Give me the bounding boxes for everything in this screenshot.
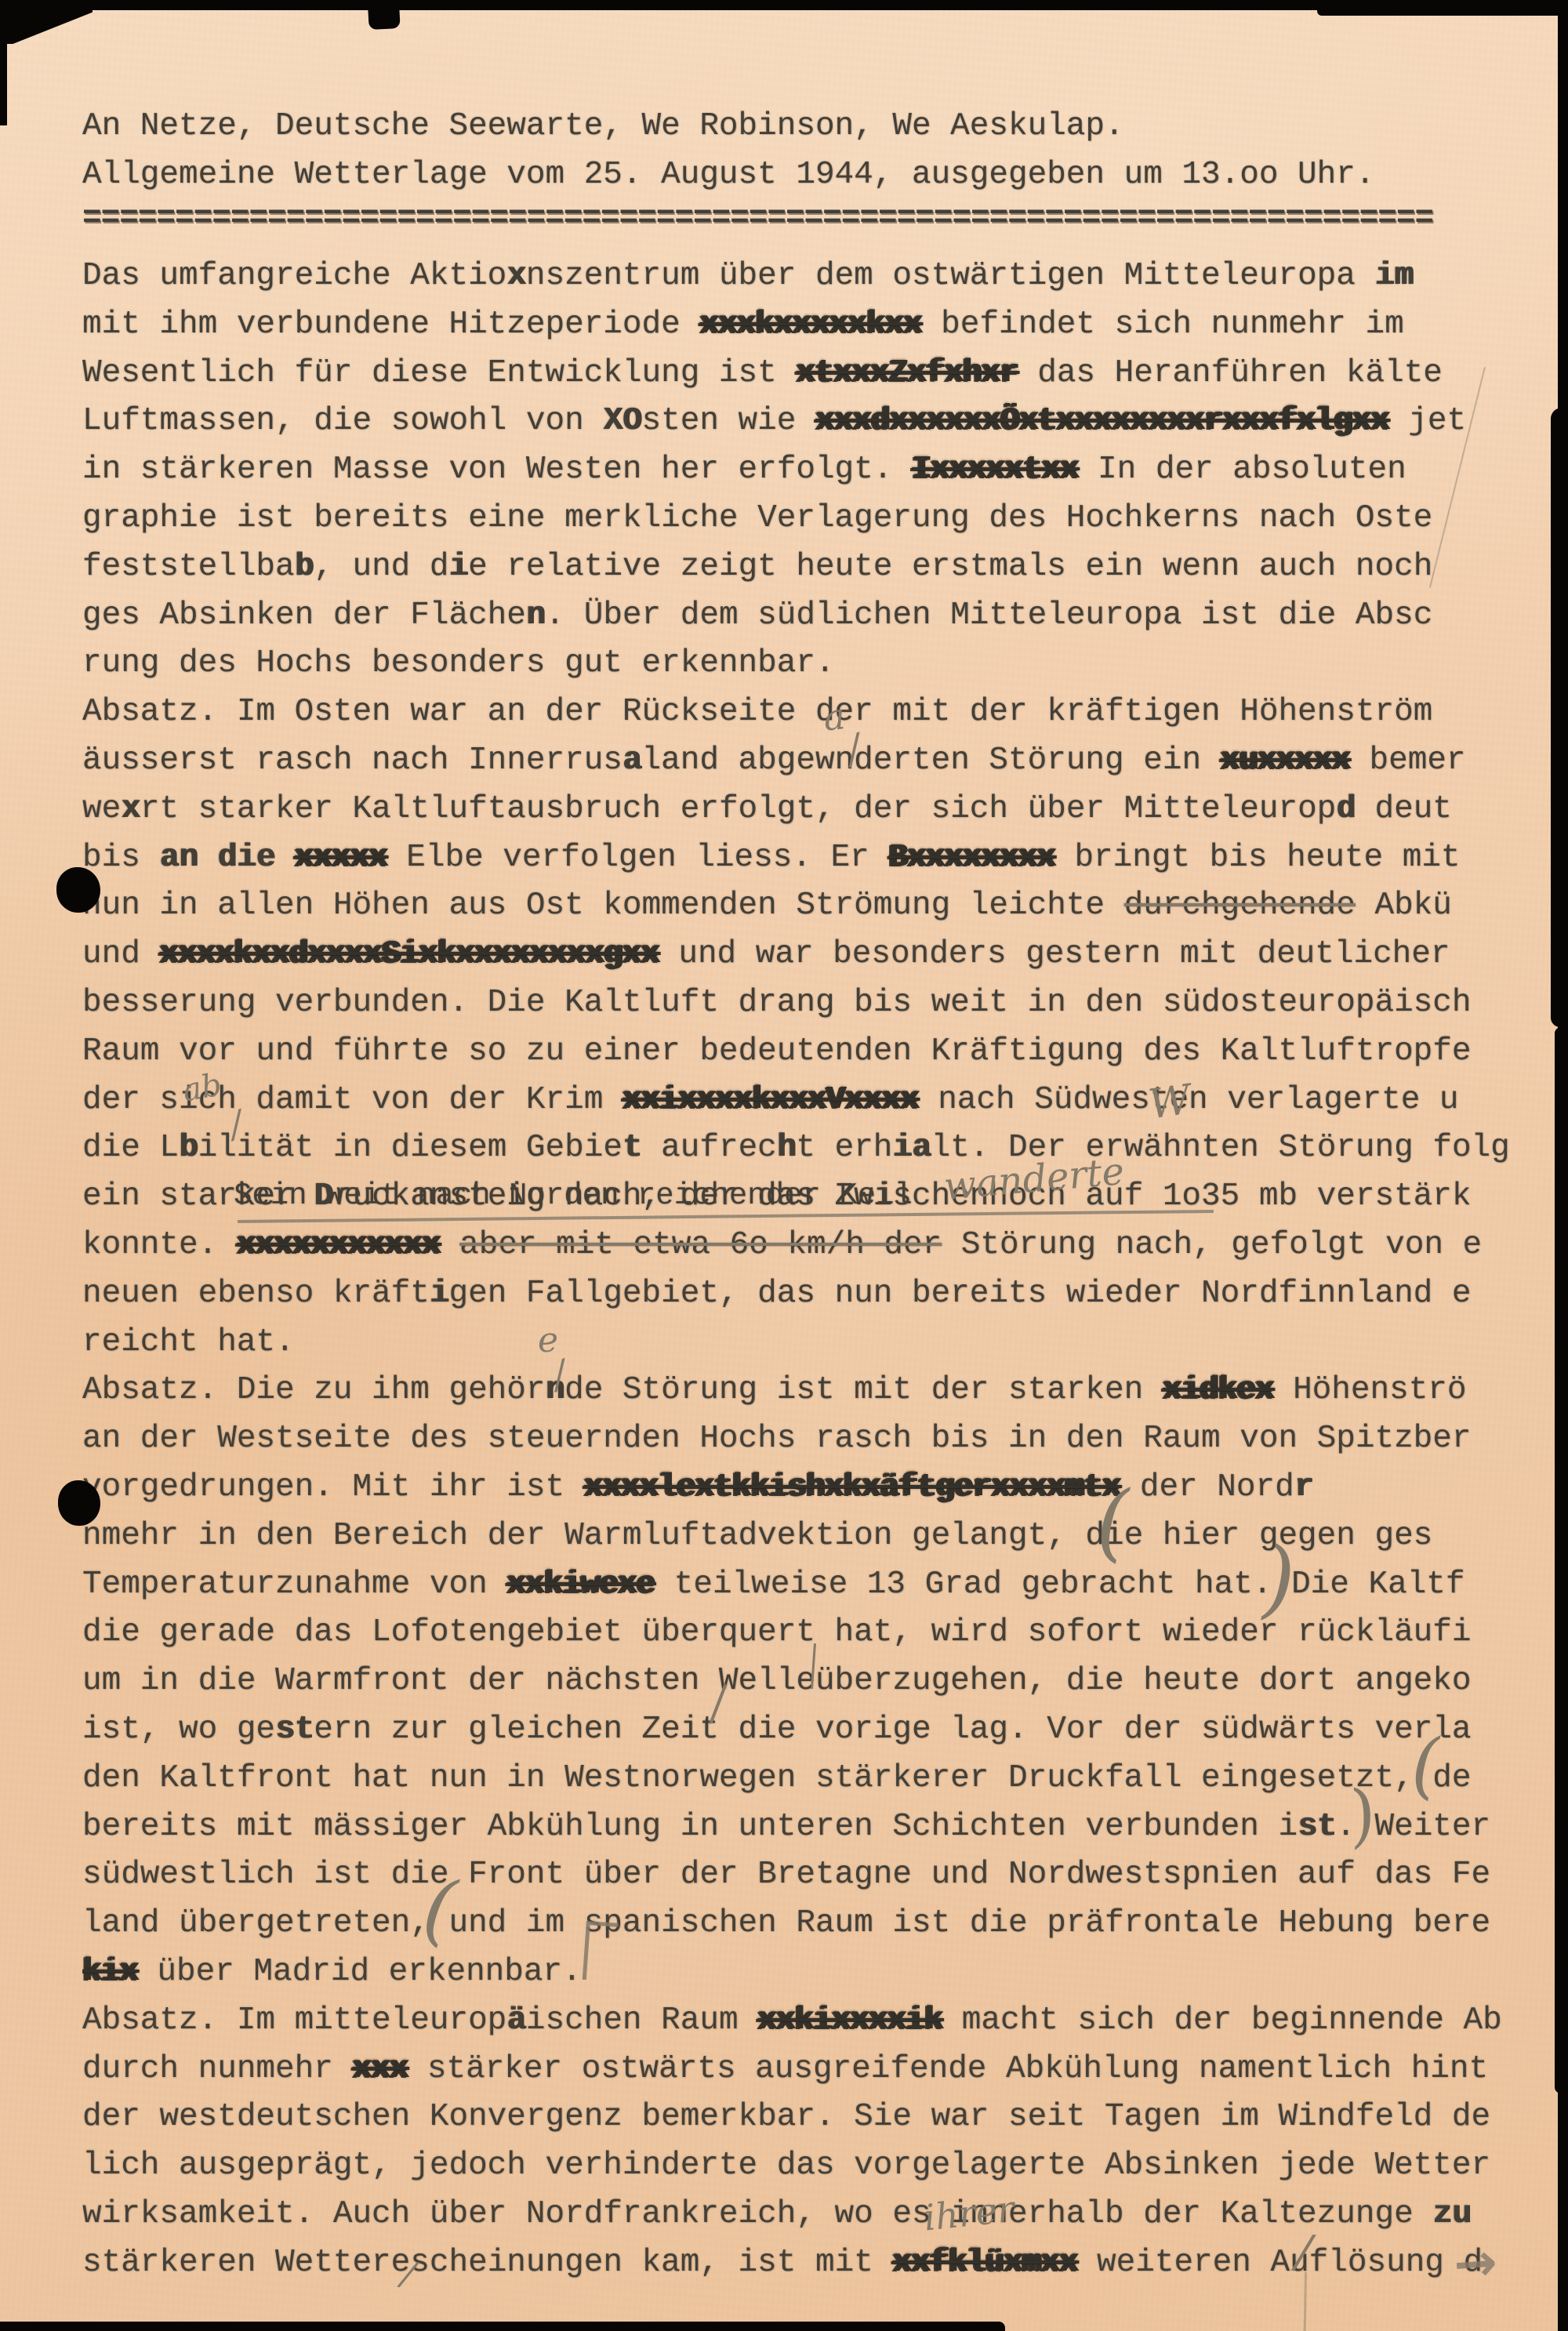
text-line: Wesentlich für diese Entwicklung ist xtx… [82,350,1443,398]
overtyped-text: b [179,1130,198,1166]
handwritten-annotation: W [1146,1080,1193,1126]
overtyped-text: an die [159,840,294,876]
typed-text: reicht hat. [82,1324,295,1360]
typed-text: wirksamkeit. Auch über Nordfrankreich, w… [82,2196,1432,2232]
typed-text: , und d [314,549,448,585]
typed-text: gen Fallgebiet, das nun bereits wieder N… [448,1276,1471,1312]
text-line: land übergetreten, und im spanischen Rau… [82,1900,1490,1948]
typed-strikeout: xxkiwexe [506,1567,655,1603]
typed-text: bereits mit mässiger Abkühlung in untere… [82,1809,1298,1845]
typed-text: feststellba [82,549,295,585]
text-line: besserung verbunden. Die Kaltluft drang … [82,979,1472,1028]
typed-strikeout: xxxkxxxxxkxx [699,307,921,343]
scanned-document-page: An Netze, Deutsche Seewarte, We Robinson… [0,0,1568,2331]
overtyped-text: im [1374,258,1413,294]
typed-text: nszentrum über dem ostwärtigen Mitteleur… [526,258,1375,294]
typed-text: graphie ist bereits eine merkliche Verla… [82,500,1432,536]
typed-text: südwestlich ist die Front über der Breta… [82,1857,1490,1893]
text-line: kix über Madrid erkennbar. [82,1948,582,1997]
overtyped-text: XO [603,403,641,439]
overtyped-text: a [622,743,642,779]
text-line: stärkeren Wetterescheinungen kam, ist mi… [82,2239,1483,2288]
typed-text: bringt bis heute mit [1055,840,1461,876]
text-line: wirksamkeit. Auch über Nordfrankreich, w… [82,2191,1472,2239]
typed-text: land abgew [642,743,835,779]
typed-text: den Kaltfront hat nun in Westnorwegen st… [82,1760,1472,1796]
typed-text: . Über dem südlichen Mitteleuropa ist di… [546,597,1433,634]
typed-text: vorgedrungen. Mit ihr ist [82,1469,584,1505]
typed-strikeout: kix [82,1954,138,1990]
typed-text: durch nunmehr [82,2051,352,2087]
overtyped-text: b [295,549,314,585]
typed-text: und [82,936,159,972]
typed-strikeout: xxxxxxxxxxx [237,1227,441,1263]
typed-interline-insertion: Sein weit nach Norden reichender Keil [234,1181,913,1211]
text-line: um in die Warmfront der nächsten Welleüb… [82,1657,1472,1706]
typed-text: nmehr in den Bereich der Warmluftadvekti… [82,1518,1432,1554]
typed-strikeout: xidkex [1163,1372,1274,1408]
typed-text: ischen Raum [526,2002,757,2039]
typed-text: lich ausgeprägt, jedoch verhinderte das … [82,2148,1490,2184]
typed-text: deut [1356,791,1452,827]
overtyped-text: i [430,1276,449,1312]
typed-text: die L [82,1130,179,1166]
typed-text: macht sich der beginnende Ab [942,2002,1502,2039]
typed-text: Luftmassen, die sowohl von [82,403,603,439]
text-line: mit ihm verbundene Hitzeperiode xxxkxxxx… [82,301,1404,350]
pencil-struck-text: durchgehende [1124,888,1356,924]
scan-edge-left [0,0,7,125]
overtyped-text: zu [1432,2196,1471,2232]
overtyped-text: h [777,1130,797,1166]
typed-strikeout: xtxxxZxfxhxr [796,355,1018,391]
typed-strikeout: xxxdxxxxxxÖxtxxxxxxxxrxxxfxlgxx [815,403,1389,439]
overtyped-text: x [506,258,526,294]
punch-hole [58,1480,100,1526]
typed-text: ilität in diesem Gebie [198,1130,622,1166]
typed-text: Raum vor und führte so zu einer bedeuten… [82,1033,1472,1069]
text-line: den Kaltfront hat nun in Westnorwegen st… [82,1755,1472,1803]
scan-edge-bottom [0,2322,1005,2331]
typed-text: Höhenströ [1273,1372,1466,1408]
text-line: graphie ist bereits eine merkliche Verla… [82,495,1432,543]
text-line: nun in allen Höhen aus Ost kommenden Str… [82,882,1452,931]
typed-text: das Heranführen kälte [1018,355,1443,391]
typed-text: de Störung ist mit der starken [564,1372,1163,1408]
header-recipients: An Netze, Deutsche Seewarte, We Robinson… [82,103,1550,151]
typed-text: rung des Hochs besonders gut erkennbar. [82,645,835,681]
overtyped-text: st [275,1712,314,1748]
typed-text: In der absoluten [1078,452,1406,488]
typed-text: befindet sich nunmehr im [922,307,1404,343]
typed-text: über Madrid erkennbar. [138,1954,582,1990]
text-line: südwestlich ist die Front über der Breta… [82,1851,1490,1900]
typed-text: e relative zeigt heute erstmals ein wenn… [468,549,1432,585]
typed-strikeout: xxfklüxmxx [892,2245,1077,2281]
overtyped-text: n [526,597,546,634]
typed-text: Wesentlich für diese Entwicklung ist [82,355,796,391]
typed-strikeout: xxixxxxkxxxVxxxx [622,1082,919,1118]
typed-text: konnte. [82,1227,237,1263]
typed-text: der westdeutschen Konvergenz bemerkbar. … [82,2099,1490,2135]
text-line: ges Absinken der Flächen. Über dem südli… [82,592,1432,641]
text-line: rung des Hochs besonders gut erkennbar. [82,640,835,688]
typed-strikeout: xxxxx [295,840,387,876]
typed-text: ges Absinken der Fläche [82,597,526,634]
text-line: der westdeutschen Konvergenz bemerkbar. … [82,2093,1490,2142]
typed-strikeout: xuxxxxx [1221,743,1350,779]
typed-text: Absatz. Im Osten war an der Rückseite de… [82,694,1432,730]
typed-strikeout: xxxxlextkkishxkxäftgerxxxxmtx [584,1469,1121,1505]
text-line: konnte. xxxxxxxxxxx aber mit etwa 6o km/… [82,1222,1482,1270]
punch-hole [56,867,100,913]
typed-strikeout: Bxxxxxxxx [888,840,1054,876]
typed-text: sten wie [642,403,815,439]
text-line: äusserst rasch nach Innerrusaland abgewn… [82,737,1466,786]
header-subject: Allgemeine Wetterlage vom 25. August 194… [82,151,1550,200]
typed-text: nderten Störung ein [835,743,1221,779]
typed-text: stärkeren Wettere [82,2245,410,2281]
text-line: Luftmassen, die sowohl von XOsten wie xx… [82,398,1466,446]
typed-text: der Nord [1120,1469,1294,1505]
typed-text: an der Westseite des steuernden Hochs ra… [82,1421,1472,1457]
typed-text: Absatz. Die zu ihm gehör [82,1372,546,1408]
typed-strikeout: xxkixxxxik [757,2002,942,2039]
typed-strikeout: xxxxkxxdxxxxSixkxxxxxxxxgxx [159,936,659,972]
typed-text: bis [82,840,159,876]
typed-text: Abkü [1356,888,1452,924]
text-line: neuen ebenso kräftigen Fallgebiet, das n… [82,1270,1472,1319]
text-line: bereits mit mässiger Abkühlung in untere… [82,1803,1490,1852]
typed-text: neuen ebenso kräft [82,1276,430,1312]
typed-text: stärker ostwärts ausgreifende Abkühlung … [408,2051,1488,2087]
typed-text: in stärkeren Masse von Westen her erfolg… [82,452,912,488]
typed-text: Störung nach, gefolgt von e [942,1227,1482,1263]
text-line: in stärkeren Masse von Westen her erfolg… [82,446,1406,495]
typed-text: nun in allen Höhen aus Ost kommenden Str… [82,888,1124,924]
text-line: die Lbilität in diesem Gebiet aufrecht e… [82,1124,1510,1173]
overtyped-text: t [622,1130,642,1166]
handwritten-annotation: ihrer [922,2191,1016,2236]
text-line: Temperaturzunahme von xxkiwexe teilweise… [82,1561,1465,1610]
overtyped-text: ia [892,1130,931,1166]
typed-text: äusserst rasch nach Innerrus [82,743,622,779]
text-line: reicht hat. [82,1319,295,1367]
handwritten-annotation: ( [1411,1730,1439,1802]
text-line: Absatz. Die zu ihm gehörnde Störung ist … [82,1367,1467,1415]
typed-text: ern zur gleichen Zeit die vorige lag. Vo… [314,1712,1471,1748]
text-line: Raum vor und führte so zu einer bedeuten… [82,1028,1472,1077]
paper-tear-notch [368,7,400,30]
typed-text: teilweise 13 Grad gebracht hat. Die Kalt… [655,1567,1465,1603]
typed-text: weiteren Auflösung d [1077,2245,1483,2281]
typed-text: jet [1389,403,1466,439]
typed-text: t erh [796,1130,892,1166]
document-body: Das umfangreiche Aktioxnszentrum über de… [82,252,1550,2307]
pencil-struck-text: aber mit etwa 6o km/h der [459,1227,942,1263]
handwritten-annotation: / [1294,2228,1313,2275]
scan-edge-top-right [1317,0,1568,16]
pencil-arrow: → [1452,2236,1499,2291]
text-line: durch nunmehr xxx stärker ostwärts ausgr… [82,2046,1488,2094]
text-line: der sich damit von der Krim xxixxxxkxxxV… [82,1077,1459,1125]
text-line: feststellbab, und die relative zeigt heu… [82,543,1432,592]
scan-edge-right-torn-lower [1555,1027,1568,2093]
text-line: ist, wo gestern zur gleichen Zeit die vo… [82,1706,1472,1755]
overtyped-text: d [1336,791,1356,827]
text-line: nmehr in den Bereich der Warmluftadvekti… [82,1512,1432,1561]
text-line: an der Westseite des steuernden Hochs ra… [82,1415,1472,1464]
typed-text: Elbe verfolgen liess. Er [387,840,889,876]
overtyped-text: i [449,549,469,585]
text-line: und xxxxkxxdxxxxSixkxxxxxxxxgxx und war … [82,931,1450,979]
handwritten-annotation: ab [180,1069,224,1106]
typed-text: rt starker Kaltluftausbruch erfolgt, der… [140,791,1336,827]
typed-text: und war besonders gestern mit deutlicher [659,936,1450,972]
text-line: Absatz. Im mitteleuropäischen Raum xxkix… [82,1997,1502,2046]
typed-text: Absatz. Im mitteleurop [82,2002,506,2039]
typed-strikeout: xxx [352,2051,408,2087]
overtyped-text: st [1298,1809,1336,1845]
handwritten-annotation: ) [1262,1537,1295,1621]
typed-text: ist, wo ge [82,1712,275,1748]
typed-text: land übergetreten, und im spanischen Rau… [82,1905,1490,1941]
typed-text: besserung verbunden. Die Kaltluft drang … [82,985,1472,1021]
text-line: Absatz. Im Osten war an der Rückseite de… [82,688,1432,737]
typed-text: mit ihm verbundene Hitzeperiode [82,307,699,343]
typed-text: we [82,791,121,827]
overtyped-text: ä [506,2002,526,2039]
overtyped-text: x [121,791,140,827]
typed-text [441,1227,460,1263]
typed-text: um in die Warmfront der nächsten Welleüb… [82,1663,1472,1699]
text-line: wexrt starker Kaltluftausbruch erfolgt, … [82,786,1452,834]
text-line: lich ausgeprägt, jedoch verhinderte das … [82,2142,1490,2191]
header-divider: ========================================… [82,195,1550,244]
typed-text: scheinungen kam, ist mit [410,2245,892,2281]
typed-text: Temperaturzunahme von [82,1567,506,1603]
typed-text: aufrec [642,1130,777,1166]
text-line: Das umfangreiche Aktioxnszentrum über de… [82,252,1414,301]
handwritten-annotation: ( [1096,1480,1129,1565]
scan-edge-right-torn [1551,408,1568,1027]
overtyped-text: r [1294,1469,1314,1505]
typed-text: bemer [1350,743,1466,779]
pencil-bracket [583,1921,619,1982]
typed-strikeout: Ixxxxxtxx [912,452,1078,488]
text-line: bis an die xxxxx Elbe verfolgen liess. E… [82,834,1461,883]
typed-text: Das umfangreiche Aktio [82,258,506,294]
typed-text: der sich damit von der Krim [82,1082,622,1118]
